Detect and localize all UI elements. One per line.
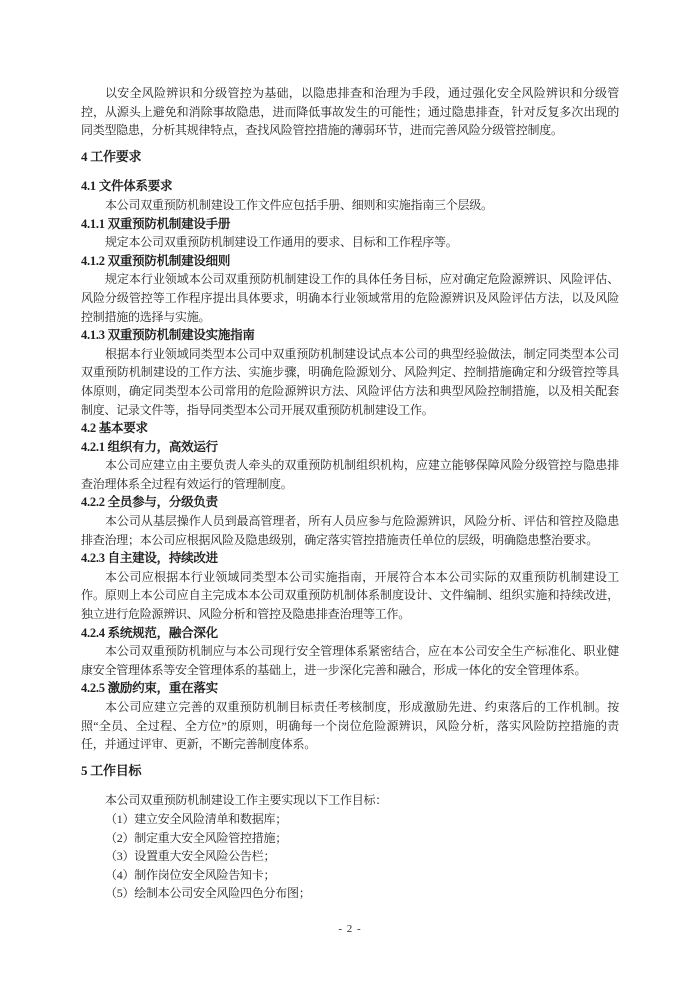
heading-5: 5 工作目标 bbox=[81, 762, 619, 781]
heading-4-2-1: 4.2.1 组织有力，高效运行 bbox=[81, 438, 619, 457]
paragraph-4-2-1: 本公司应建立由主要负责人牵头的双重预防机制组织机构，应建立能够保障风险分级管控与… bbox=[81, 456, 619, 493]
heading-4-1-3: 4.1.3 双重预防机制建设实施指南 bbox=[81, 326, 619, 345]
paragraph-4-2-5: 本公司应建立完善的双重预防机制目标责任考核制度，形成激励先进、约束落后的工作机制… bbox=[81, 698, 619, 754]
paragraph-4-1: 本公司双重预防机制建设工作文件应包括手册、细则和实施指南三个层级。 bbox=[81, 196, 619, 215]
paragraph-5-intro: 本公司双重预防机制建设工作主要实现以下工作目标： bbox=[81, 791, 619, 810]
goal-item-1: （1）建立安全风险清单和数据库； bbox=[81, 810, 619, 829]
heading-4-2-5: 4.2.5 激励约束，重在落实 bbox=[81, 679, 619, 698]
paragraph-4-1-3: 根据本行业领域同类型本公司中双重预防机制建设试点本公司的典型经验做法，制定同类型… bbox=[81, 345, 619, 419]
paragraph-4-2-3: 本公司应根据本行业领域同类型本公司实施指南，开展符合本本公司实际的双重预防机制建… bbox=[81, 568, 619, 624]
goal-item-5: （5）绘制本公司安全风险四色分布图； bbox=[81, 884, 619, 903]
goal-item-2: （2）制定重大安全风险管控措施； bbox=[81, 829, 619, 848]
heading-4-2-2: 4.2.2 全员参与，分级负责 bbox=[81, 493, 619, 512]
document-content: 以安全风险辨识和分级管控为基础，以隐患排查和治理为手段，通过强化安全风险辨识和分… bbox=[81, 84, 619, 903]
page-number: - 2 - bbox=[0, 923, 700, 935]
document-page: 以安全风险辨识和分级管控为基础，以隐患排查和治理为手段，通过强化安全风险辨识和分… bbox=[0, 0, 700, 990]
heading-4-1-1: 4.1.1 双重预防机制建设手册 bbox=[81, 215, 619, 234]
goal-item-3: （3）设置重大安全风险公告栏； bbox=[81, 847, 619, 866]
paragraph-4-1-1: 规定本公司双重预防机制建设工作通用的要求、目标和工作程序等。 bbox=[81, 233, 619, 252]
heading-4-1-2: 4.1.2 双重预防机制建设细则 bbox=[81, 252, 619, 271]
heading-4-2-3: 4.2.3 自主建设，持续改进 bbox=[81, 549, 619, 568]
paragraph-4-1-2: 规定本行业领域本公司双重预防机制建设工作的具体任务目标，应对确定危险源辨识、风险… bbox=[81, 270, 619, 326]
heading-4-2: 4.2 基本要求 bbox=[81, 419, 619, 438]
heading-4-2-4: 4.2.4 系统规范，融合深化 bbox=[81, 624, 619, 643]
heading-4-1: 4.1 文件体系要求 bbox=[81, 177, 619, 196]
goal-item-4: （4）制作岗位安全风险告知卡； bbox=[81, 866, 619, 885]
heading-4: 4 工作要求 bbox=[81, 148, 619, 167]
intro-paragraph: 以安全风险辨识和分级管控为基础，以隐患排查和治理为手段，通过强化安全风险辨识和分… bbox=[81, 84, 619, 140]
paragraph-4-2-2: 本公司从基层操作人员到最高管理者，所有人员应参与危险源辨识，风险分析、评估和管控… bbox=[81, 512, 619, 549]
paragraph-4-2-4: 本公司双重预防机制应与本公司现行安全管理体系紧密结合，应在本公司安全生产标准化、… bbox=[81, 642, 619, 679]
